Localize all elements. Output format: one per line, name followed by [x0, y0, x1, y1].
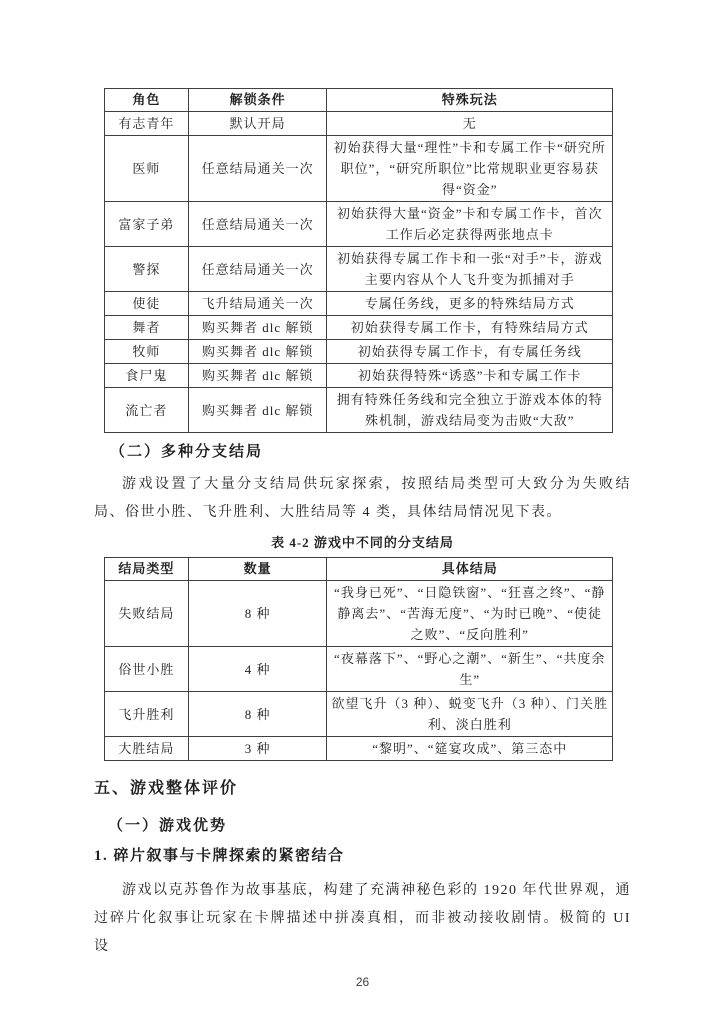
table-cell: 医师: [105, 136, 189, 202]
table-cell: 流亡者: [105, 388, 189, 433]
table-cell: “黎明”、“筵宴攻成”、第三态中: [327, 737, 613, 761]
table-row: 流亡者 购买舞者 dlc 解锁 拥有特殊任务线和完全独立于游戏本体的特殊机制，游…: [105, 388, 613, 433]
table-row: 食尸鬼 购买舞者 dlc 解锁 初始获得特殊“诱惑”卡和专属工作卡: [105, 364, 613, 388]
table-cell: “夜幕落下”、“野心之潮”、“新生”、“共度余生”: [327, 647, 613, 692]
table-cell: 俗世小胜: [105, 647, 189, 692]
table-cell: 飞升胜利: [105, 692, 189, 737]
page-number: 26: [94, 975, 631, 989]
chapter-heading-overall-evaluation: 五、游戏整体评价: [94, 778, 631, 800]
table-cell: 使徒: [105, 292, 189, 316]
table-cell: 大胜结局: [105, 737, 189, 761]
table-cell: 警探: [105, 247, 189, 292]
table-cell: 富家子弟: [105, 202, 189, 247]
table-cell: 牧师: [105, 340, 189, 364]
table-cell: 初始获得专属工作卡和一张“对手”卡，游戏主要内容从个人飞升变为抓捕对手: [327, 247, 613, 292]
column-header-count: 数量: [188, 558, 327, 581]
table-cell: 欲望飞升（3 种）、蜕变飞升（3 种）、门关胜利、淡白胜利: [327, 692, 613, 737]
column-header-specific-endings: 具体结局: [327, 558, 613, 581]
table-caption: 表 4-2 游戏中不同的分支结局: [94, 534, 631, 552]
section-heading-game-advantages: （一）游戏优势: [94, 816, 631, 837]
table-row: 警探 任意结局通关一次 初始获得专属工作卡和一张“对手”卡，游戏主要内容从个人飞…: [105, 247, 613, 292]
table-cell: 8 种: [188, 692, 327, 737]
table-cell: 初始获得专属工作卡，有特殊结局方式: [327, 316, 613, 340]
table-cell: 任意结局通关一次: [188, 136, 327, 202]
table-cell: 初始获得专属工作卡，有专属任务线: [327, 340, 613, 364]
table-cell: 任意结局通关一次: [188, 202, 327, 247]
table-cell: 失败结局: [105, 581, 189, 647]
table-row: 大胜结局 3 种 “黎明”、“筵宴攻成”、第三态中: [105, 737, 613, 761]
table-row: 飞升胜利 8 种 欲望飞升（3 种）、蜕变飞升（3 种）、门关胜利、淡白胜利: [105, 692, 613, 737]
table-row: 富家子弟 任意结局通关一次 初始获得大量“资金”卡和专属工作卡，首次工作后必定获…: [105, 202, 613, 247]
table-row: 俗世小胜 4 种 “夜幕落下”、“野心之潮”、“新生”、“共度余生”: [105, 647, 613, 692]
table-header-row: 结局类型 数量 具体结局: [105, 558, 613, 581]
table-row: 失败结局 8 种 “我身已死”、“日隐铁窗”、“狂喜之终”、“静静离去”、“苦海…: [105, 581, 613, 647]
table-cell: 无: [327, 112, 613, 136]
table-cell: 初始获得特殊“诱惑”卡和专属工作卡: [327, 364, 613, 388]
table-header-row: 角色 解锁条件 特殊玩法: [105, 89, 613, 112]
table-row: 有志青年 默认开局 无: [105, 112, 613, 136]
column-header-special-gameplay: 特殊玩法: [327, 89, 613, 112]
table-cell: 专属任务线，更多的特殊结局方式: [327, 292, 613, 316]
character-unlock-table: 角色 解锁条件 特殊玩法 有志青年 默认开局 无 医师 任意结局通关一次 初始获…: [104, 88, 613, 433]
table-cell: “我身已死”、“日隐铁窗”、“狂喜之终”、“静静离去”、“苦海无度”、“为时已晚…: [327, 581, 613, 647]
table-cell: 初始获得大量“资金”卡和专属工作卡，首次工作后必定获得两张地点卡: [327, 202, 613, 247]
table-cell: 食尸鬼: [105, 364, 189, 388]
paragraph-game-overview: 游戏以克苏鲁作为故事基底，构建了充满神秘色彩的 1920 年代世界观，通过碎片化…: [94, 877, 631, 961]
table-row: 牧师 购买舞者 dlc 解锁 初始获得专属工作卡，有专属任务线: [105, 340, 613, 364]
page-content: 角色 解锁条件 特殊玩法 有志青年 默认开局 无 医师 任意结局通关一次 初始获…: [0, 0, 724, 989]
table-row: 舞者 购买舞者 dlc 解锁 初始获得专属工作卡，有特殊结局方式: [105, 316, 613, 340]
subsection-heading-fragment-narrative: 1. 碎片叙事与卡牌探索的紧密结合: [94, 846, 631, 867]
column-header-character: 角色: [105, 89, 189, 112]
section-heading-branch-endings: （二）多种分支结局: [94, 442, 631, 463]
table-cell: 购买舞者 dlc 解锁: [188, 340, 327, 364]
table-cell: 飞升结局通关一次: [188, 292, 327, 316]
column-header-ending-type: 结局类型: [105, 558, 189, 581]
table-cell: 8 种: [188, 581, 327, 647]
table-cell: 有志青年: [105, 112, 189, 136]
table-cell: 3 种: [188, 737, 327, 761]
table-cell: 初始获得大量“理性”卡和专属工作卡“研究所职位”，“研究所职位”比常规职业更容易…: [327, 136, 613, 202]
table-cell: 任意结局通关一次: [188, 247, 327, 292]
table-cell: 购买舞者 dlc 解锁: [188, 388, 327, 433]
table-row: 使徒 飞升结局通关一次 专属任务线，更多的特殊结局方式: [105, 292, 613, 316]
table-cell: 购买舞者 dlc 解锁: [188, 364, 327, 388]
table-cell: 购买舞者 dlc 解锁: [188, 316, 327, 340]
document-page: 角色 解锁条件 特殊玩法 有志青年 默认开局 无 医师 任意结局通关一次 初始获…: [0, 0, 724, 1024]
column-header-unlock-condition: 解锁条件: [188, 89, 327, 112]
table-cell: 舞者: [105, 316, 189, 340]
table-row: 医师 任意结局通关一次 初始获得大量“理性”卡和专属工作卡“研究所职位”，“研究…: [105, 136, 613, 202]
table-cell: 4 种: [188, 647, 327, 692]
table-cell: 默认开局: [188, 112, 327, 136]
branch-endings-table: 结局类型 数量 具体结局 失败结局 8 种 “我身已死”、“日隐铁窗”、“狂喜之…: [104, 557, 613, 761]
table-cell: 拥有特殊任务线和完全独立于游戏本体的特殊机制，游戏结局变为击败“大敌”: [327, 388, 613, 433]
paragraph-branch-endings: 游戏设置了大量分支结局供玩家探索，按照结局类型可大致分为失败结局、俗世小胜、飞升…: [94, 471, 631, 527]
